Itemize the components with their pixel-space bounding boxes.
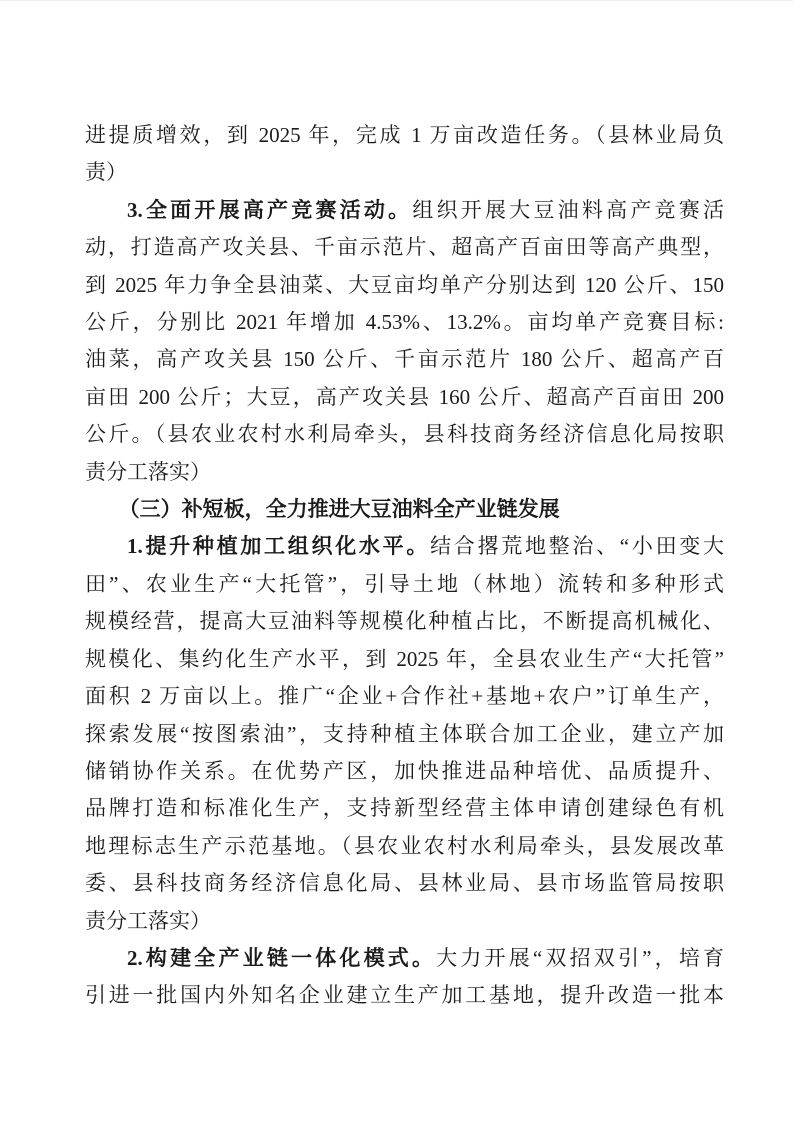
paragraph-lead-line: 2.构建全产业链一体化模式。大力开展“双招双引”，培育 xyxy=(85,940,724,977)
text-line: 储销协作关系。在优势产区，加快推进品种培优、品质提升、 xyxy=(85,753,724,790)
text-line-content: 品牌打造和标准化生产，支持新型经营主体申请创建绿色有机 xyxy=(85,796,724,820)
run-in-heading: 3.全面开展高产竞赛活动。 xyxy=(127,198,412,222)
run-in-heading: 1.提升种植加工组织化水平。 xyxy=(127,534,430,558)
text-line: 引进一批国内外知名企业建立生产加工基地，提升改造一批本 xyxy=(85,977,724,1014)
section-heading-line: （三）补短板，全力推进大豆油料全产业链发展 xyxy=(85,491,724,528)
text-line-content: 探索发展“按图索油”，支持种植主体联合加工企业，建立产加 xyxy=(85,722,724,746)
text-line-content: 规模化、集约化生产水平，到 2025 年，全县农业生产“大托管” xyxy=(85,647,724,671)
text-line: 亩田 200 公斤；大豆，高产攻关县 160 公斤、超高产百亩田 200 xyxy=(85,379,724,416)
text-line-content: 公斤，分别比 2021 年增加 4.53%、13.2%。亩均单产竞赛目标: xyxy=(85,310,724,334)
text-line: 动，打造高产攻关县、千亩示范片、超高产百亩田等高产典型， xyxy=(85,229,724,266)
text-line-content: 规模经营，提高大豆油料等规模化种植占比，不断提高机械化、 xyxy=(85,609,724,633)
run-in-heading: 2.构建全产业链一体化模式。 xyxy=(127,946,436,970)
text-line-content: 进提质增效，到 2025 年，完成 1 万亩改造任务。（县林业局负 xyxy=(85,123,724,147)
text-line-content: 大力开展“双招双引”，培育 xyxy=(436,946,724,970)
text-line: 田”、农业生产“大托管”，引导土地（林地）流转和多种形式 xyxy=(85,566,724,603)
text-line: 规模经营，提高大豆油料等规模化种植占比，不断提高机械化、 xyxy=(85,603,724,640)
text-line: 品牌打造和标准化生产，支持新型经营主体申请创建绿色有机 xyxy=(85,790,724,827)
text-line-content: 动，打造高产攻关县、千亩示范片、超高产百亩田等高产典型， xyxy=(85,235,724,259)
text-line-content: 亩田 200 公斤；大豆，高产攻关县 160 公斤、超高产百亩田 200 xyxy=(85,385,724,409)
text-line-content: 引进一批国内外知名企业建立生产加工基地，提升改造一批本 xyxy=(85,983,724,1007)
text-line-content: 地理标志生产示范基地。（县农业农村水利局牵头，县发展改革 xyxy=(85,834,724,858)
text-line-content: 面积 2 万亩以上。推广“企业+合作社+基地+农户”订单生产， xyxy=(85,684,724,708)
text-line-content: 组织开展大豆油料高产竞赛活 xyxy=(412,198,724,222)
section-heading: （三）补短板，全力推进大豆油料全产业链发展 xyxy=(119,497,560,521)
text-line-content: 储销协作关系。在优势产区，加快推进品种培优、品质提升、 xyxy=(85,759,724,783)
text-line: 到 2025 年力争全县油菜、大豆亩均单产分别达到 120 公斤、150 xyxy=(85,267,724,304)
paragraph-lead-line: 1.提升种植加工组织化水平。结合撂荒地整治、“小田变大 xyxy=(85,528,724,565)
text-line-content: 责分工落实） xyxy=(85,460,211,484)
text-line: 公斤。（县农业农村水利局牵头，县科技商务经济信息化局按职 xyxy=(85,416,724,453)
text-line: 委、县科技商务经济信息化局、县林业局、县市场监管局按职 xyxy=(85,865,724,902)
text-line-content: 田”、农业生产“大托管”，引导土地（林地）流转和多种形式 xyxy=(85,572,724,596)
text-line: 公斤，分别比 2021 年增加 4.53%、13.2%。亩均单产竞赛目标: xyxy=(85,304,724,341)
text-line-content: 委、县科技商务经济信息化局、县林业局、县市场监管局按职 xyxy=(85,871,724,895)
text-line-content: 责） xyxy=(85,160,127,184)
document-page: 进提质增效，到 2025 年，完成 1 万亩改造任务。（县林业局负 责） 3.全… xyxy=(0,0,793,1122)
document-text-block: 进提质增效，到 2025 年，完成 1 万亩改造任务。（县林业局负 责） 3.全… xyxy=(85,117,724,1015)
paragraph-lead-line: 3.全面开展高产竞赛活动。组织开展大豆油料高产竞赛活 xyxy=(85,192,724,229)
text-line-content: 到 2025 年力争全县油菜、大豆亩均单产分别达到 120 公斤、150 xyxy=(85,273,724,297)
text-line: 探索发展“按图索油”，支持种植主体联合加工企业，建立产加 xyxy=(85,716,724,753)
text-line-content: 责分工落实） xyxy=(85,909,211,933)
text-line-content: 公斤。（县农业农村水利局牵头，县科技商务经济信息化局按职 xyxy=(85,422,724,446)
text-line-content: 结合撂荒地整治、“小田变大 xyxy=(430,534,724,558)
text-line: 规模化、集约化生产水平，到 2025 年，全县农业生产“大托管” xyxy=(85,641,724,678)
text-line: 责） xyxy=(85,154,724,191)
text-line: 责分工落实） xyxy=(85,454,724,491)
text-line: 地理标志生产示范基地。（县农业农村水利局牵头，县发展改革 xyxy=(85,828,724,865)
text-line: 油菜，高产攻关县 150 公斤、千亩示范片 180 公斤、超高产百 xyxy=(85,341,724,378)
text-line: 面积 2 万亩以上。推广“企业+合作社+基地+农户”订单生产， xyxy=(85,678,724,715)
text-line: 责分工落实） xyxy=(85,903,724,940)
text-line-content: 油菜，高产攻关县 150 公斤、千亩示范片 180 公斤、超高产百 xyxy=(85,347,724,371)
text-line: 进提质增效，到 2025 年，完成 1 万亩改造任务。（县林业局负 xyxy=(85,117,724,154)
